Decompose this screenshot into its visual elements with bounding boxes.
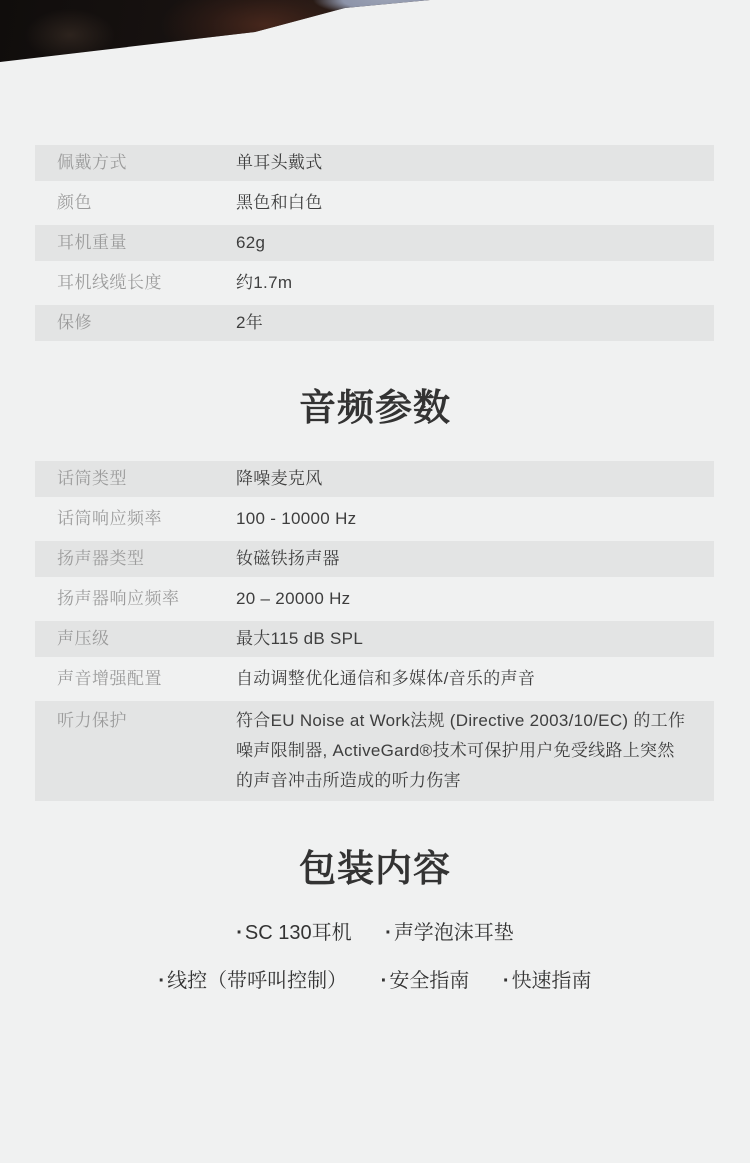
table-row: 声音增强配置 自动调整优化通信和多媒体/音乐的声音 bbox=[35, 661, 714, 697]
spec-value: 黑色和白色 bbox=[236, 188, 714, 218]
spec-value: 钕磁铁扬声器 bbox=[236, 544, 714, 574]
package-line: ·线控（带呼叫控制） ·安全指南 ·快速指南 bbox=[0, 967, 750, 995]
bullet-icon: · bbox=[503, 970, 510, 992]
package-item: ·SC 130耳机 bbox=[236, 919, 351, 947]
package-item: ·安全指南 bbox=[381, 967, 470, 995]
package-item: ·线控（带呼叫控制） bbox=[158, 967, 347, 995]
bullet-icon: · bbox=[158, 970, 165, 992]
table-row: 扬声器响应频率 20 – 20000 Hz bbox=[35, 581, 714, 617]
spec-label: 话筒类型 bbox=[35, 464, 236, 494]
spec-value: 100 - 10000 Hz bbox=[236, 504, 714, 534]
table-row: 扬声器类型 钕磁铁扬声器 bbox=[35, 541, 714, 577]
spec-label: 扬声器类型 bbox=[35, 544, 236, 574]
package-item: ·声学泡沫耳垫 bbox=[385, 919, 514, 947]
audio-spec-table: 话筒类型 降噪麦克风 话筒响应频率 100 - 10000 Hz 扬声器类型 钕… bbox=[35, 457, 714, 805]
spec-label: 耳机线缆长度 bbox=[35, 268, 236, 298]
spec-value: 20 – 20000 Hz bbox=[236, 584, 714, 614]
table-row: 听力保护 符合EU Noise at Work法规 (Directive 200… bbox=[35, 701, 714, 801]
package-item-label: 快速指南 bbox=[512, 970, 592, 992]
table-row: 话筒类型 降噪麦克风 bbox=[35, 461, 714, 497]
section-title-package-contents: 包装内容 bbox=[0, 847, 750, 891]
package-item: ·快速指南 bbox=[503, 967, 592, 995]
spec-value: 降噪麦克风 bbox=[236, 464, 714, 494]
hero-photo bbox=[0, 0, 430, 63]
package-item-label: 线控（带呼叫控制） bbox=[167, 970, 347, 992]
table-row: 佩戴方式 单耳头戴式 bbox=[35, 145, 714, 181]
package-item-label: SC 130耳机 bbox=[245, 922, 352, 944]
section-title-audio-params: 音频参数 bbox=[0, 386, 750, 430]
table-row: 声压级 最大115 dB SPL bbox=[35, 621, 714, 657]
spec-label: 保修 bbox=[35, 308, 236, 338]
table-row: 耳机重量 62g bbox=[35, 225, 714, 261]
spec-value: 2年 bbox=[236, 308, 714, 338]
spec-label: 扬声器响应频率 bbox=[35, 584, 236, 614]
general-spec-table: 佩戴方式 单耳头戴式 颜色 黑色和白色 耳机重量 62g 耳机线缆长度 约1.7… bbox=[35, 141, 714, 345]
table-row: 话筒响应频率 100 - 10000 Hz bbox=[35, 501, 714, 537]
spec-value: 62g bbox=[236, 228, 714, 258]
spec-label: 颜色 bbox=[35, 188, 236, 218]
bullet-icon: · bbox=[385, 922, 392, 944]
bullet-icon: · bbox=[381, 970, 388, 992]
spec-label: 话筒响应频率 bbox=[35, 504, 236, 534]
spec-label: 佩戴方式 bbox=[35, 148, 236, 178]
spec-value: 约1.7m bbox=[236, 268, 714, 298]
spec-label: 耳机重量 bbox=[35, 228, 236, 258]
table-row: 保修 2年 bbox=[35, 305, 714, 341]
table-row: 颜色 黑色和白色 bbox=[35, 185, 714, 221]
product-spec-page: { "colors": { "page_bg": "#f0f1f1", "row… bbox=[0, 0, 750, 1163]
package-item-label: 安全指南 bbox=[389, 970, 469, 992]
spec-value: 自动调整优化通信和多媒体/音乐的声音 bbox=[236, 664, 714, 694]
spec-label: 声压级 bbox=[35, 624, 236, 654]
spec-label: 听力保护 bbox=[35, 706, 236, 736]
spec-value: 符合EU Noise at Work法规 (Directive 2003/10/… bbox=[236, 706, 714, 796]
spec-value: 最大115 dB SPL bbox=[236, 624, 714, 654]
package-contents-list: ·SC 130耳机 ·声学泡沫耳垫 ·线控（带呼叫控制） ·安全指南 ·快速指南 bbox=[0, 919, 750, 995]
spec-label: 声音增强配置 bbox=[35, 664, 236, 694]
bullet-icon: · bbox=[236, 922, 243, 944]
table-row: 耳机线缆长度 约1.7m bbox=[35, 265, 714, 301]
package-line: ·SC 130耳机 ·声学泡沫耳垫 bbox=[0, 919, 750, 947]
package-item-label: 声学泡沫耳垫 bbox=[394, 922, 514, 944]
spec-value: 单耳头戴式 bbox=[236, 148, 714, 178]
